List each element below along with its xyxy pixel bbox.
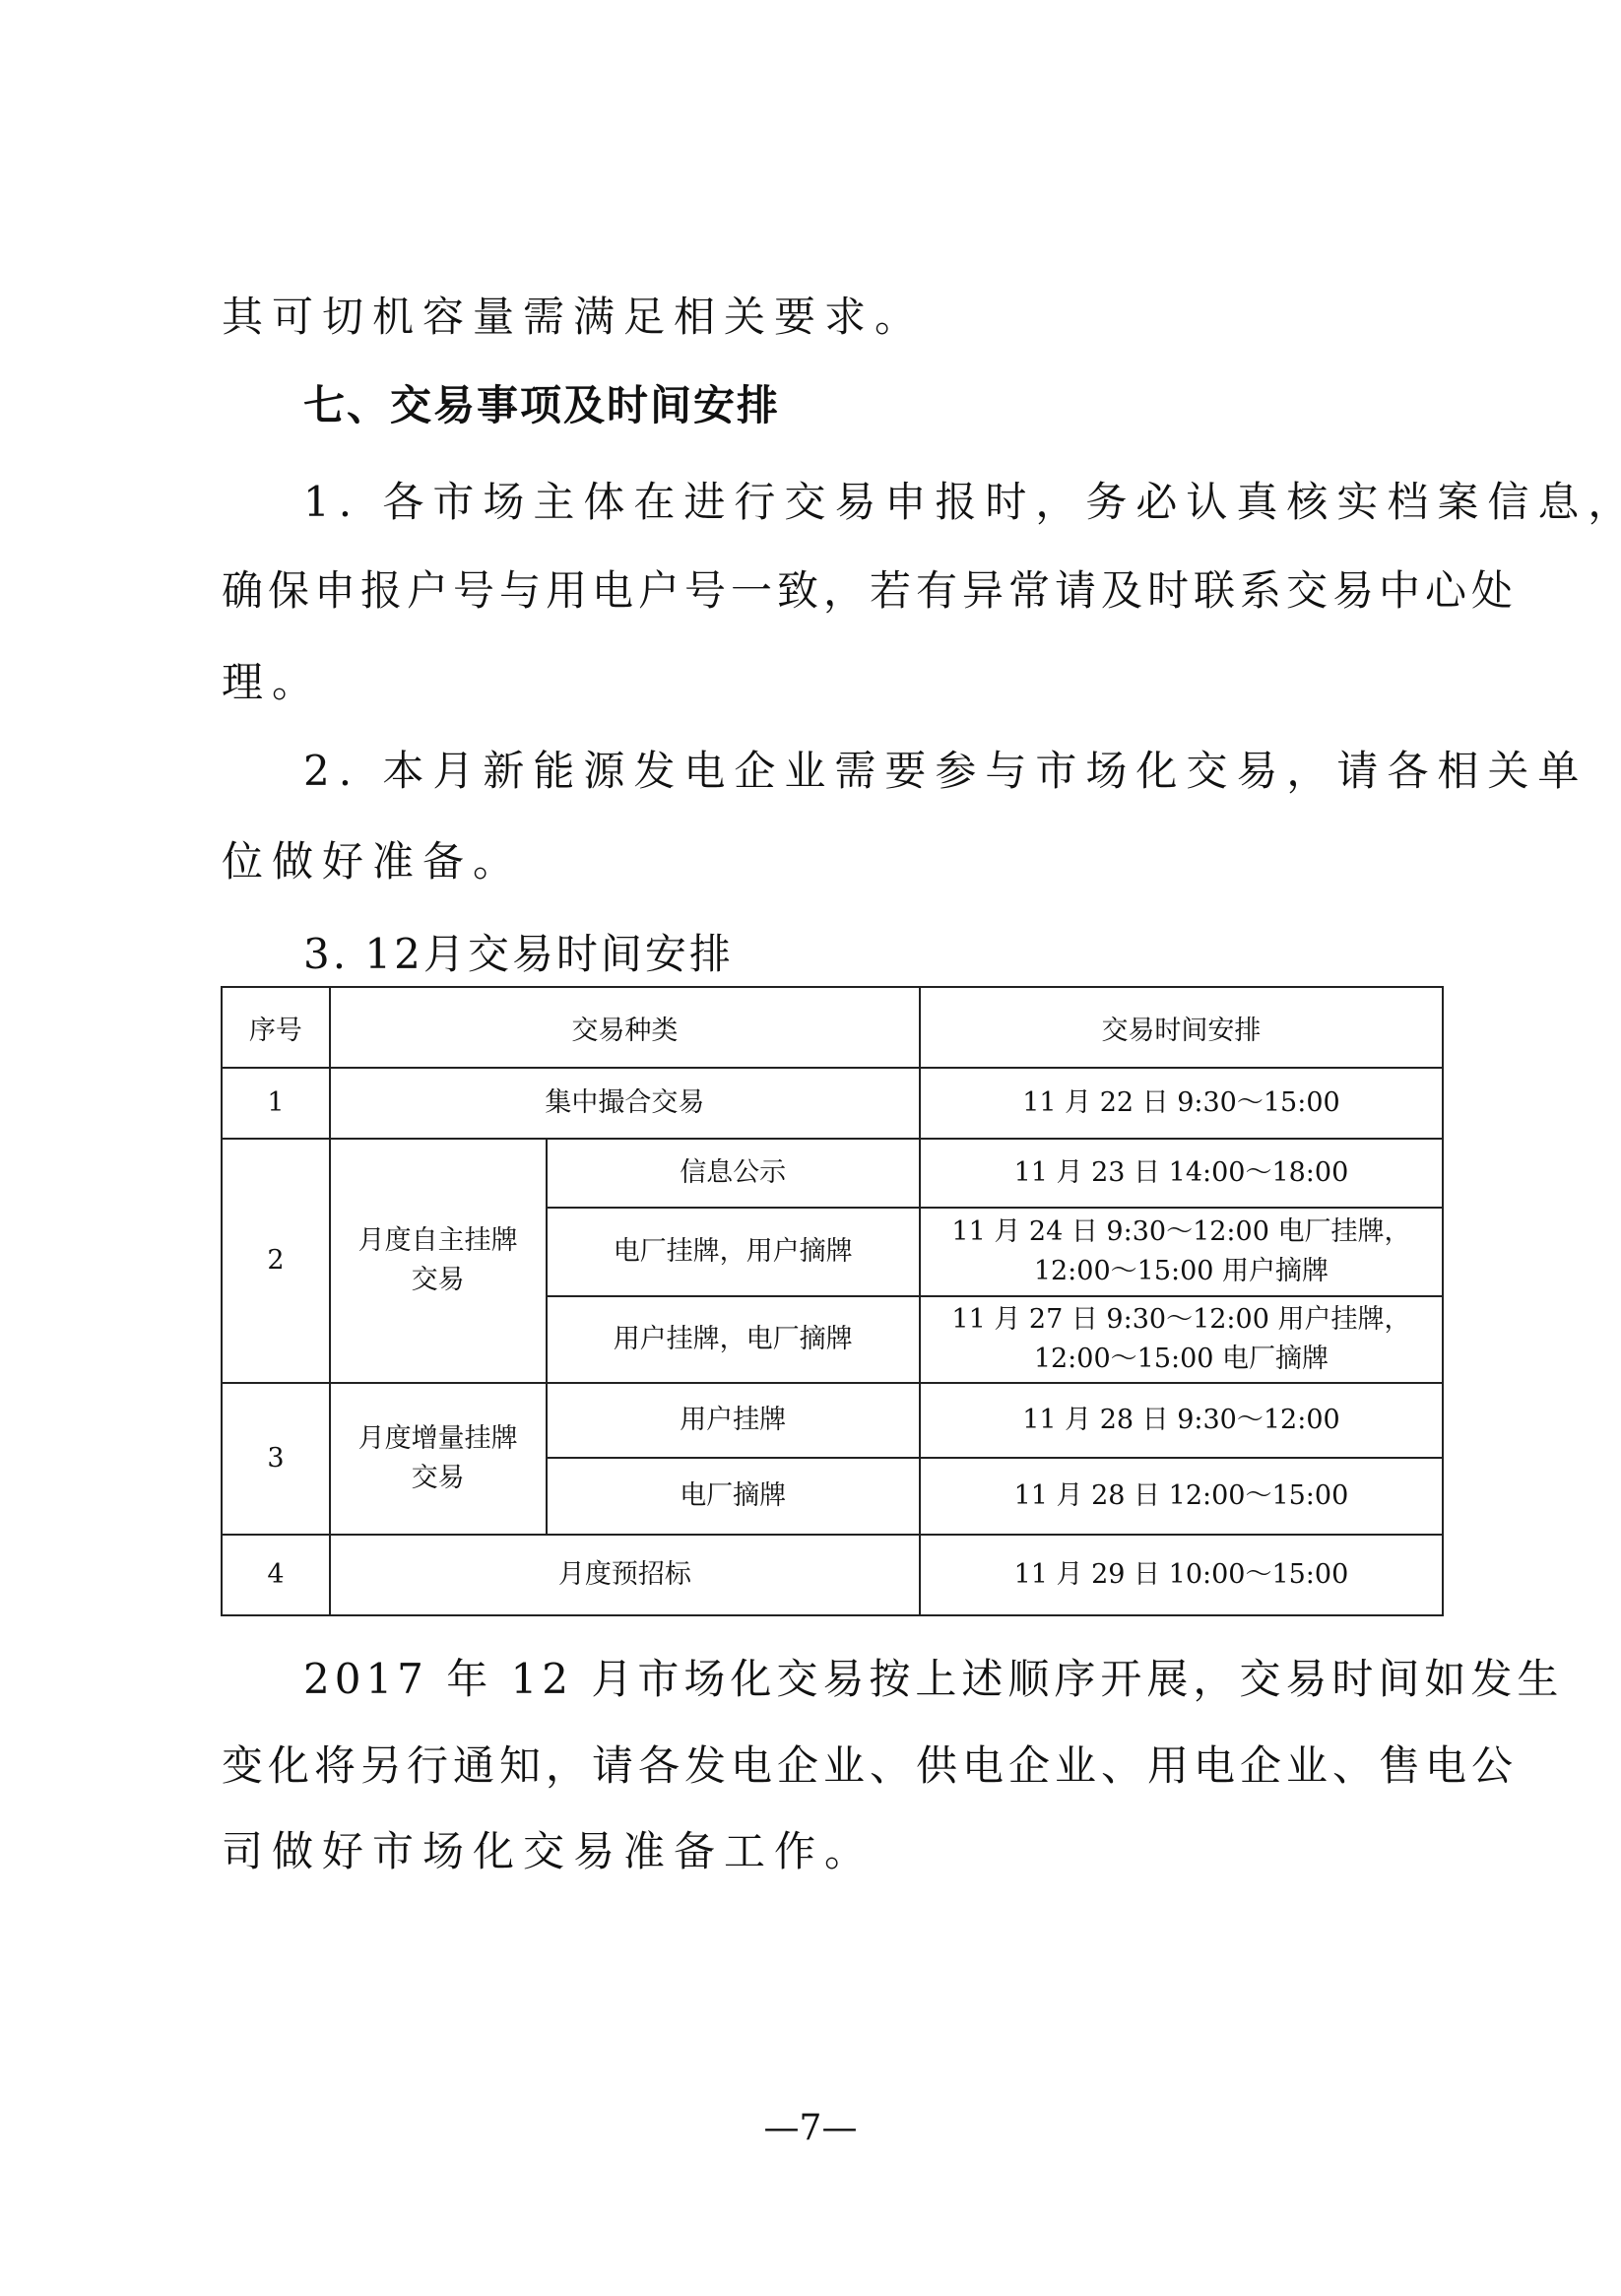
section-heading: 七、交易事项及时间安排: [303, 376, 1524, 435]
sub-type: 用户挂牌: [547, 1383, 920, 1458]
trade-time: 11 月 22 日 9:30～15:00: [920, 1068, 1443, 1139]
trade-type: 月度预招标: [330, 1535, 920, 1615]
trade-time: 11 月 27 日 9:30～12:00 用户挂牌， 12:00～15:00 电…: [920, 1296, 1443, 1383]
row-number: 1: [222, 1068, 330, 1139]
table-row: 4 月度预招标 11 月 29 日 10:00～15:00: [222, 1535, 1443, 1615]
header-cell: 交易时间安排: [920, 987, 1443, 1068]
closing-line: 变化将另行通知，请各发电企业、供电企业、用电企业、售电公: [222, 1737, 1443, 1796]
item2-line: 2. 本月新能源发电企业需要参与市场化交易，请各相关单: [303, 742, 1524, 801]
closing-line: 司做好市场化交易准备工作。: [222, 1822, 1443, 1881]
trade-time: 11 月 24 日 9:30～12:00 电厂挂牌， 12:00～15:00 用…: [920, 1208, 1443, 1296]
item1-line: 确保申报户号与用电户号一致，若有异常请及时联系交易中心处: [222, 561, 1443, 621]
schedule-table: 序号 交易种类 交易时间安排 1 集中撮合交易 11 月 22 日 9:30～1…: [221, 986, 1444, 1616]
trade-time-line: 12:00～15:00 电厂摘牌: [927, 1340, 1436, 1379]
sub-type: 电厂挂牌，用户摘牌: [547, 1208, 920, 1296]
header-cell: 序号: [222, 987, 330, 1068]
row-number: 3: [222, 1383, 330, 1535]
trade-time: 11 月 29 日 10:00～15:00: [920, 1535, 1443, 1615]
trade-type: 集中撮合交易: [330, 1068, 920, 1139]
sub-type: 电厂摘牌: [547, 1458, 920, 1535]
table-row: 1 集中撮合交易 11 月 22 日 9:30～15:00: [222, 1068, 1443, 1139]
trade-type: 月度自主挂牌交易: [330, 1139, 547, 1383]
trade-time: 11 月 28 日 12:00～15:00: [920, 1458, 1443, 1535]
page-number: —7—: [0, 2108, 1621, 2148]
trade-time: 11 月 23 日 14:00～18:00: [920, 1139, 1443, 1208]
item2-line: 位做好准备。: [222, 832, 1443, 891]
item3-title: 3. 12月交易时间安排: [303, 925, 1524, 984]
row-number: 2: [222, 1139, 330, 1383]
item1-line: 1. 各市场主体在进行交易申报时，务必认真核实档案信息，: [303, 473, 1524, 532]
sub-type: 用户挂牌，电厂摘牌: [547, 1296, 920, 1383]
trade-time-line: 12:00～15:00 用户摘牌: [927, 1252, 1436, 1291]
trade-type: 月度增量挂牌交易: [330, 1383, 547, 1535]
item1-line: 理。: [222, 653, 1443, 712]
closing-line: 2017 年 12 月市场化交易按上述顺序开展，交易时间如发生: [303, 1650, 1524, 1709]
trade-time-line: 11 月 24 日 9:30～12:00 电厂挂牌，: [927, 1213, 1436, 1252]
body-text-line: 其可切机容量需满足相关要求。: [222, 288, 1443, 347]
table-header-row: 序号 交易种类 交易时间安排: [222, 987, 1443, 1068]
trade-time: 11 月 28 日 9:30～12:00: [920, 1383, 1443, 1458]
table-row: 2 月度自主挂牌交易 信息公示 11 月 23 日 14:00～18:00: [222, 1139, 1443, 1208]
table-row: 3 月度增量挂牌交易 用户挂牌 11 月 28 日 9:30～12:00: [222, 1383, 1443, 1458]
row-number: 4: [222, 1535, 330, 1615]
sub-type: 信息公示: [547, 1139, 920, 1208]
header-cell: 交易种类: [330, 987, 920, 1068]
trade-time-line: 11 月 27 日 9:30～12:00 用户挂牌，: [927, 1300, 1436, 1340]
